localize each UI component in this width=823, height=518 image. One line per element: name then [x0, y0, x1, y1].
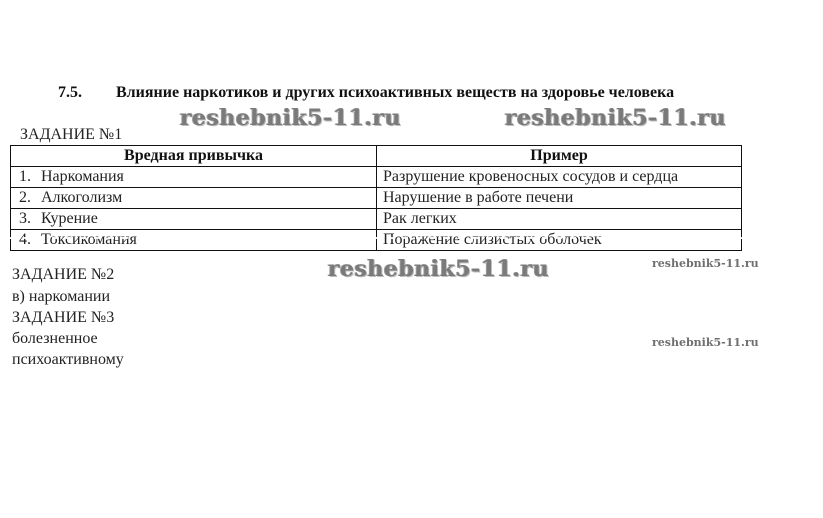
- habit-cell: 4.Токсикомания: [11, 230, 377, 251]
- task1-label: ЗАДАНИЕ №1: [20, 126, 122, 144]
- section-number: 7.5.: [58, 84, 116, 102]
- habit-name: Токсикомания: [41, 231, 137, 248]
- task3-answer-line: болезненное: [12, 330, 98, 348]
- task3-label: ЗАДАНИЕ №3: [12, 309, 114, 327]
- table-row: 3.Курение Рак легких: [11, 209, 742, 230]
- habit-cell: 1.Наркомания: [11, 167, 377, 188]
- task2-label: ЗАДАНИЕ №2: [12, 266, 114, 284]
- habit-name: Алкоголизм: [41, 189, 122, 206]
- watermark: reshebnik5-11.ru: [652, 257, 759, 270]
- watermark: reshebnik5-11.ru: [652, 336, 759, 349]
- habit-cell: 2.Алкоголизм: [11, 188, 377, 209]
- watermark: reshebnik5-11.ru: [328, 256, 549, 282]
- watermark: reshebnik5-11.ru: [180, 105, 401, 131]
- habit-name: Курение: [41, 210, 98, 227]
- table-row: 2.Алкоголизм Нарушение в работе печени: [11, 188, 742, 209]
- example-cell: Разрушение кровеносных сосудов и сердца: [377, 167, 742, 188]
- habit-cell: 3.Курение: [11, 209, 377, 230]
- watermark: reshebnik5-11.ru: [505, 105, 726, 131]
- section-title: Влияние наркотиков и других психоактивны…: [116, 84, 674, 101]
- table-row: 1.Наркомания Разрушение кровеносных сосу…: [11, 167, 742, 188]
- column-header-example: Пример: [377, 146, 742, 167]
- habits-table: Вредная привычка Пример 1.Наркомания Раз…: [10, 145, 742, 251]
- task3-answer-line: психоактивному: [12, 351, 124, 369]
- habit-name: Наркомания: [41, 168, 124, 185]
- row-index: 4.: [17, 230, 41, 250]
- section-heading: 7.5.Влияние наркотиков и других психоакт…: [58, 84, 674, 102]
- row-index: 3.: [17, 209, 41, 229]
- task2-answer: в) наркомании: [12, 288, 110, 306]
- scan-artifact: [10, 237, 810, 239]
- table-row: 4.Токсикомания Поражение слизистых оболо…: [11, 230, 742, 251]
- column-header-habit: Вредная привычка: [11, 146, 377, 167]
- example-cell: Нарушение в работе печени: [377, 188, 742, 209]
- table-header-row: Вредная привычка Пример: [11, 146, 742, 167]
- row-index: 1.: [17, 167, 41, 187]
- example-cell: Поражение слизистых оболочек: [377, 230, 742, 251]
- row-index: 2.: [17, 188, 41, 208]
- example-cell: Рак легких: [377, 209, 742, 230]
